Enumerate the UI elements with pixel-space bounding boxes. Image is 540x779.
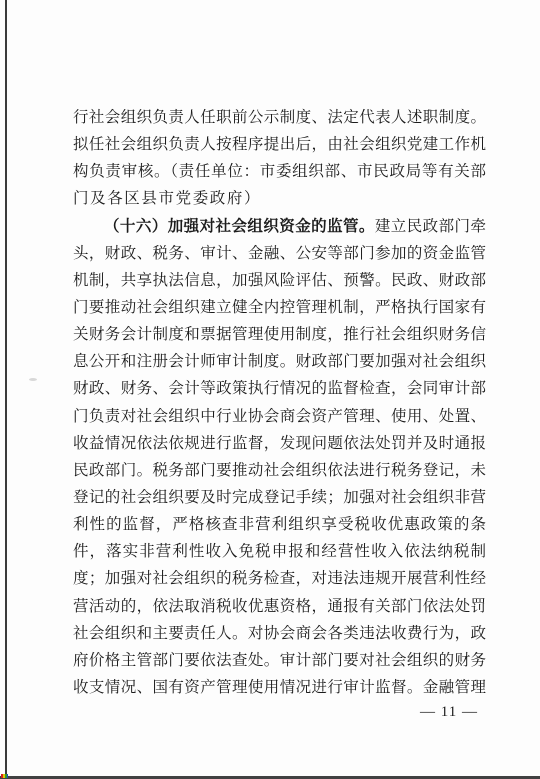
body-text: 建立民政部门牵 [375, 218, 486, 235]
section-16-heading: （十六）加强对社会组织资金的监管。 [104, 218, 375, 235]
body-line: 件，落实非营利性收入免税申报和经营性收入依法纳税制 [73, 538, 486, 565]
document-body: 行社会组织负责人任职前公示制度、法定代表人述职制度。 拟任社会组织负责人按程序提… [73, 104, 486, 701]
body-line: 利性的监督，严格核查非营利组织享受税收优惠政策的条 [73, 511, 486, 538]
body-line: 拟任社会组织负责人按程序提出后，由社会组织党建工作机 [73, 131, 486, 158]
scan-smudge-artifact [29, 378, 37, 381]
body-line: （十六）加强对社会组织资金的监管。建立民政部门牵 [73, 213, 486, 240]
body-line: 门要推动社会组织建立健全内控管理机制，严格执行国家有 [73, 294, 486, 321]
body-line: 民政部门。税务部门要推动社会组织依法进行税务登记，未 [73, 457, 486, 484]
body-line: 社会组织和主要责任人。对协会商会各类违法收费行为，政 [73, 620, 486, 647]
body-line: 登记的社会组织要及时完成登记手续；加强对社会组织非营 [73, 484, 486, 511]
body-line: 收益情况依法依规进行监督，发现问题依法处罚并及时通报 [73, 430, 486, 457]
body-line: 头，财政、税务、审计、金融、公安等部门参加的资金监管 [73, 240, 486, 267]
body-line: 息公开和注册会计师审计制度。财政部门要加强对社会组织 [73, 348, 486, 375]
body-line: 财政、财务、会计等政策执行情况的监督检查，会同审计部 [73, 375, 486, 402]
scan-color-artifact-blue [7, 774, 8, 778]
body-line: 收支情况、国有资产管理使用情况进行审计监督。金融管理 [73, 674, 486, 701]
paragraph-2: （十六）加强对社会组织资金的监管。建立民政部门牵 头，财政、税务、审计、金融、公… [73, 213, 486, 702]
body-line: 构负责审核。（责任单位：市委组织部、市民政局等有关部 [73, 158, 486, 185]
paragraph-1: 行社会组织负责人任职前公示制度、法定代表人述职制度。 拟任社会组织负责人按程序提… [73, 104, 486, 213]
body-line: 度；加强对社会组织的税务检查，对违法违规开展营利性经 [73, 565, 486, 592]
body-line: 门负责对社会组织中行业协会商会资产管理、使用、处置、 [73, 403, 486, 430]
body-line: 营活动的，依法取消税收优惠资格，通报有关部门依法处罚 [73, 593, 486, 620]
body-line: 机制，共享执法信息，加强风险评估、预警。民政、财政部 [73, 267, 486, 294]
body-line: 门及各区县市党委政府） [73, 185, 486, 212]
page-number: — 11 — [420, 704, 478, 721]
body-line: 关财务会计制度和票据管理使用制度，推行社会组织财务信 [73, 321, 486, 348]
body-line: 行社会组织负责人任职前公示制度、法定代表人述职制度。 [73, 104, 486, 131]
scanned-document-page: 行社会组织负责人任职前公示制度、法定代表人述职制度。 拟任社会组织负责人按程序提… [0, 0, 540, 779]
scan-binding-edge-line [5, 0, 7, 779]
body-line: 府价格主管部门要依法查处。审计部门要对社会组织的财务 [73, 647, 486, 674]
